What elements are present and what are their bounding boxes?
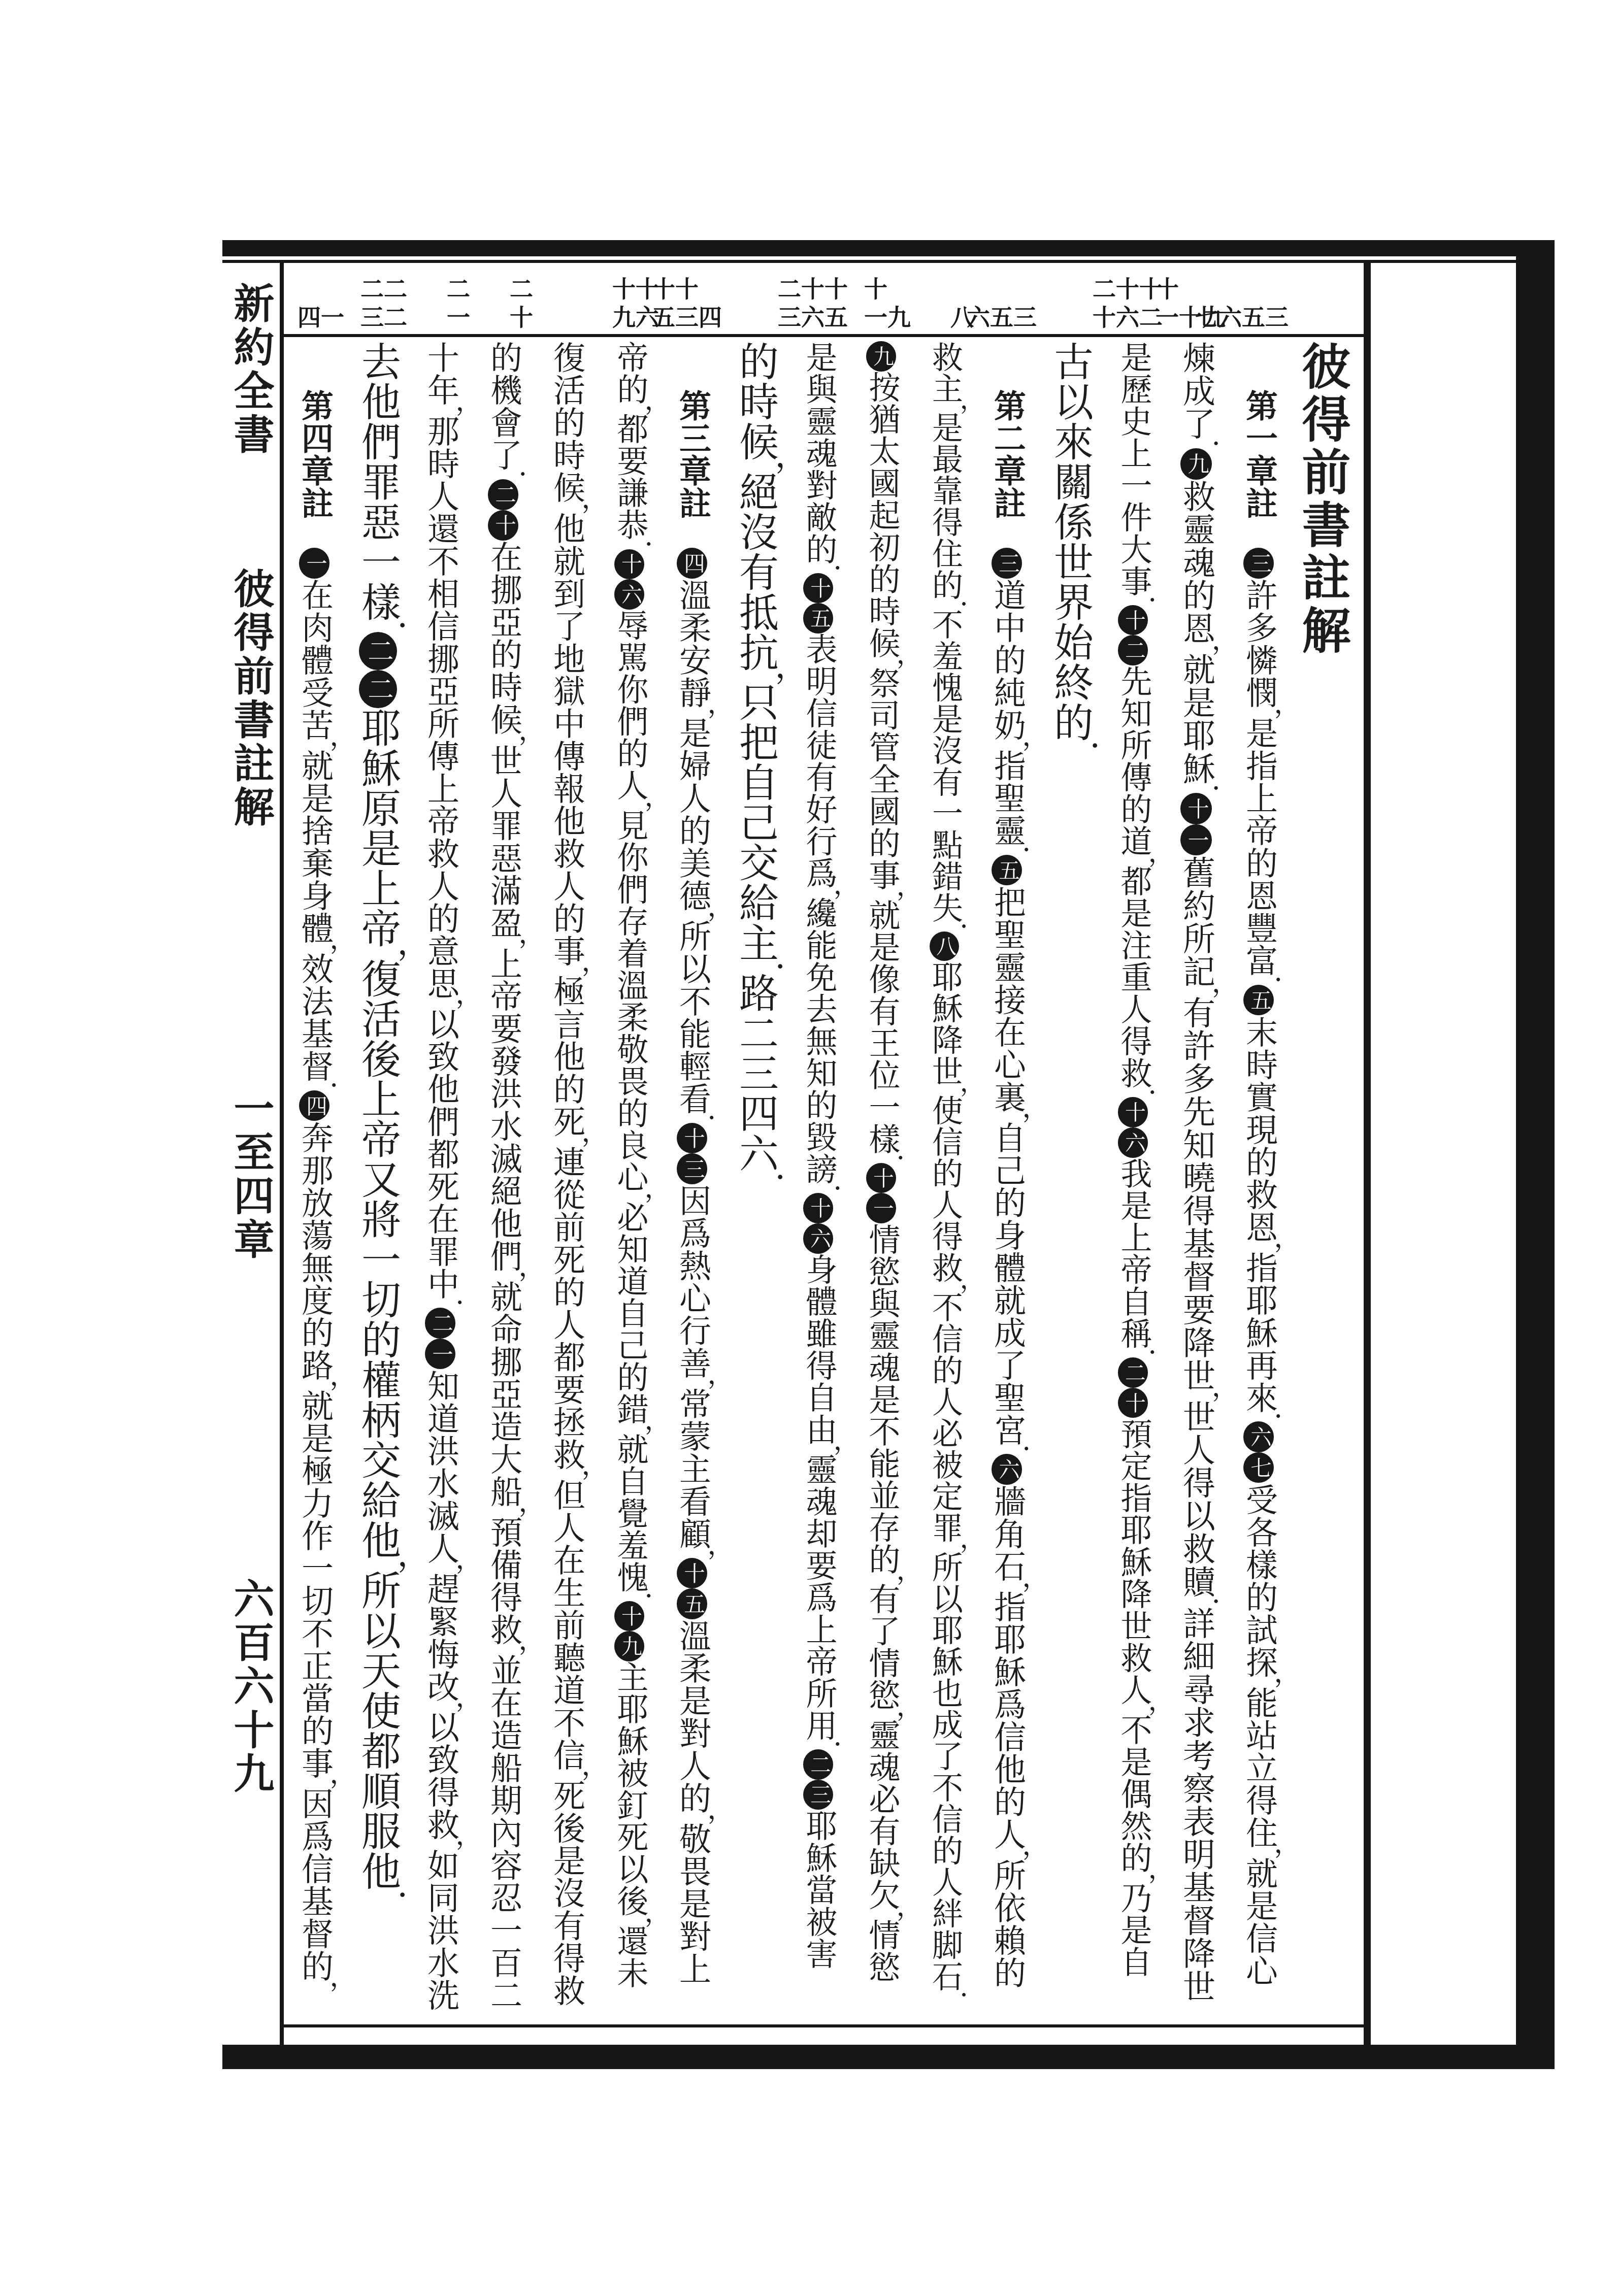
punctuation: ，: [875, 658, 904, 666]
circled-verse-number: 二: [488, 479, 518, 510]
punctuation: ．: [370, 620, 407, 630]
circled-verse-number: 二: [1118, 1357, 1148, 1388]
punctuation: ．: [1127, 596, 1156, 604]
punctuation: ．: [747, 961, 784, 972]
punctuation: ．: [1189, 784, 1219, 792]
punctuation: ，: [559, 1469, 590, 1477]
circled-verse-number: 一: [1180, 824, 1211, 855]
circled-verse-number: 十: [1180, 793, 1211, 824]
punctuation: ，: [1252, 1847, 1282, 1855]
verse-number-label: 十六: [801, 271, 824, 332]
verse-number-label: 五: [990, 271, 1013, 332]
punctuation: ，: [623, 1424, 652, 1432]
verse-number-group-col-2: 九十十一: [1156, 271, 1226, 332]
circled-verse-number: 五: [992, 855, 1022, 885]
punctuation: ．: [1127, 1088, 1156, 1096]
punctuation: ．: [938, 600, 967, 608]
verse-number-group-col-5: 三五六: [967, 271, 1037, 332]
text-column-1: 第一章註三許多憐憫，是指上帝的恩豐富．五末時實現的救恩，指耶穌再來．六七受各樣的…: [1228, 341, 1291, 2032]
punctuation: ，: [559, 1136, 590, 1144]
verse-number-label: 十六: [636, 271, 659, 332]
box-right-border: [1364, 260, 1371, 2047]
verse-number-group-col-13: 二十: [510, 271, 533, 332]
circled-verse-number: 二: [359, 632, 397, 670]
circled-verse-number: 十: [677, 1123, 707, 1153]
circled-verse-number: 五: [803, 603, 834, 634]
punctuation: ．: [812, 1184, 841, 1192]
punctuation: ，: [370, 1559, 407, 1569]
verse-number-label: 八: [950, 271, 974, 332]
verse-number-label: 九: [887, 271, 911, 332]
text-column-6: 救主，是最靠得住的．不羞愧是沒有一點錯失．八耶穌降世，使信的人得救，不信的人必被…: [913, 341, 976, 2032]
spacer: [1007, 341, 1008, 389]
verse-number-label: 二二: [384, 271, 407, 332]
text-column-11: 帝的，都要謙恭．十六辱駡你們的人，見你們存着溫柔敬畏的良心，必知道自己的錯，就自…: [598, 341, 661, 2032]
spacer: [692, 519, 693, 548]
punctuation: ，: [1127, 856, 1156, 864]
text-column-16: 第四章註一在肉體受苦，就是捨棄身體，效法基督．四奔那放蕩無度的路，就是極力作一切…: [283, 341, 346, 2032]
verse-number-label: 十六: [1116, 271, 1139, 332]
circled-verse-number: 二: [359, 670, 397, 708]
chapter-heading: 第二章註: [989, 389, 1025, 519]
punctuation: ，: [434, 998, 464, 1006]
circled-verse-number: 十: [1118, 1097, 1148, 1127]
verse-number-label: 二十: [1093, 271, 1116, 332]
circled-verse-number: 十: [614, 1601, 645, 1632]
page-scan: 三五六七九十十一十二十六二十三五六八九十一十五十六二三四十三十五十六十九二十二一…: [0, 0, 1617, 2296]
punctuation: ，: [685, 708, 716, 716]
circled-verse-number: 三: [803, 1780, 834, 1810]
margin-section-title: 彼得前書註解: [226, 568, 273, 829]
verse-number-label: 十一: [864, 271, 887, 332]
verse-number-label: 二十: [510, 271, 533, 332]
punctuation: ．: [1189, 439, 1219, 447]
punctuation: ．: [938, 1991, 967, 1999]
circled-verse-number: 六: [992, 1454, 1022, 1484]
circled-verse-number: 十: [488, 510, 518, 541]
punctuation: ，: [497, 1644, 527, 1652]
punctuation: ．: [434, 1299, 464, 1307]
text-column-10: 第三章註四溫柔安靜，是婦人的美德，所以不能輕看．十三因爲熱心行善，常蒙主看顧，十…: [661, 341, 724, 2032]
punctuation: ，: [1000, 1581, 1031, 1589]
spacer: [315, 519, 315, 548]
punctuation: ，: [1000, 1112, 1031, 1120]
spacer: [1007, 519, 1008, 548]
spacer: [1259, 341, 1260, 389]
punctuation: ．: [1062, 741, 1099, 751]
circled-verse-number: 九: [614, 1631, 645, 1661]
punctuation: ，: [1000, 740, 1031, 748]
circled-verse-number: 二: [1118, 635, 1148, 665]
verse-number-label: 十: [1179, 271, 1202, 332]
punctuation: ，: [1252, 708, 1282, 716]
text-column-9: 的時候，絕沒有抵抗，只把自己交給主．路二三四六．: [724, 341, 787, 2032]
circled-verse-number: 六: [614, 579, 645, 610]
verse-number-label: 二一: [447, 271, 470, 332]
verse-number-group-col-14: 二一: [447, 271, 470, 332]
punctuation: ．: [308, 1081, 338, 1089]
text-column-13: 的機會了．二十在挪亞的時候，世人罪惡滿盈，上帝要發洪水滅絕他們，就命挪亞造大船，…: [472, 341, 535, 2032]
circled-verse-number: 二: [425, 1308, 455, 1338]
circled-verse-number: 一: [425, 1339, 455, 1369]
verse-number-label: 四: [699, 271, 722, 332]
punctuation: ，: [559, 966, 590, 974]
punctuation: ，: [1127, 1873, 1156, 1881]
verse-number-label: 一: [321, 271, 344, 332]
circled-verse-number: 一: [299, 548, 329, 578]
punctuation: ，: [875, 1910, 904, 1918]
inner-top-border: [222, 260, 1517, 263]
circled-verse-number: 五: [1243, 985, 1274, 1015]
verse-number-label: 三: [1265, 271, 1289, 332]
punctuation: ．: [747, 1172, 784, 1182]
verse-number-group-col-16: 一四: [298, 271, 344, 332]
punctuation: ．: [623, 540, 652, 548]
punctuation: ．: [812, 1740, 841, 1748]
verse-number-label: 二三: [778, 271, 801, 332]
circled-verse-number: 一: [866, 1193, 897, 1223]
text-column-15: 去他們罪惡一樣．二二耶穌原是上帝，復活後上帝又將一切的權柄交給他，所以天使都順服…: [346, 341, 409, 2032]
circled-verse-number: 四: [299, 1090, 329, 1121]
spacer: [1259, 519, 1260, 548]
text-column-12: 復活的時候，他就到了地獄中傳報他救人的事，極言他的死，連從前死的人都要拯救，但人…: [535, 341, 598, 2032]
circled-verse-number: 八: [930, 931, 960, 961]
punctuation: ，: [497, 1271, 527, 1279]
verse-number-group-col-11: 十六十九: [612, 271, 659, 332]
punctuation: ，: [1252, 1242, 1282, 1250]
punctuation: ，: [938, 1542, 967, 1550]
punctuation: ，: [938, 1283, 967, 1291]
circled-verse-number: 六: [803, 1223, 834, 1254]
text-column-14: 十年，那時人還不相信挪亞所傳上帝救人的意思，以致他們都死在罪中．二一知道洪水滅人…: [409, 341, 472, 2032]
verse-number-group-col-7: 九十一: [864, 271, 911, 332]
punctuation: ，: [747, 671, 784, 681]
verse-number-label: 九: [1202, 271, 1226, 332]
punctuation: ．: [685, 1114, 716, 1122]
punctuation: ，: [370, 947, 407, 957]
punctuation: ，: [559, 503, 590, 511]
circled-verse-number: 十: [1118, 605, 1148, 636]
punctuation: ，: [685, 911, 716, 919]
punctuation: ．: [497, 470, 527, 478]
punctuation: ，: [812, 888, 841, 896]
circled-verse-number: 六: [1118, 1127, 1148, 1158]
punctuation: ，: [623, 1192, 652, 1200]
punctuation: ．: [1000, 1445, 1031, 1453]
circled-verse-number: 十: [803, 1193, 834, 1223]
punctuation: ，: [938, 403, 967, 411]
verse-number-group-col-10: 四十三十五: [652, 271, 722, 332]
punctuation: ，: [812, 1444, 841, 1452]
punctuation: ．: [1252, 1412, 1282, 1420]
verse-number-group-col-6: 八: [950, 271, 974, 332]
circled-verse-number: 九: [1180, 448, 1211, 479]
circled-verse-number: 七: [1243, 1452, 1274, 1483]
punctuation: ，: [497, 1506, 527, 1514]
punctuation: ．: [938, 922, 967, 930]
page-number: 六百六十九: [226, 1578, 273, 1796]
punctuation: ，: [1189, 644, 1219, 652]
punctuation: ，: [308, 1380, 338, 1388]
text-column-4: 古以來關係世界始終的．: [1039, 341, 1102, 2032]
punctuation: ，: [1189, 986, 1219, 994]
circled-verse-number: 十: [866, 1163, 897, 1193]
circled-verse-number: 九: [866, 341, 897, 372]
text-column-3: 是歷史上一件大事．十二先知所傳的道，都是注重人得救．十六我是上帝自稱．二十預定指…: [1102, 341, 1165, 2032]
book-title-column: 彼得前書註解: [1291, 341, 1354, 2032]
punctuation: ．: [623, 1592, 652, 1600]
verse-number-label: 十三: [675, 271, 699, 332]
verse-number-label: 三: [1013, 271, 1037, 332]
punctuation: ．: [1127, 1348, 1156, 1356]
outer-top-border: [222, 240, 1555, 256]
punctuation: ，: [875, 890, 904, 898]
punctuation: ，: [559, 1770, 590, 1778]
punctuation: ．: [812, 564, 841, 572]
scanned-book-page: { "page": { "ink_color": "#171717", "pap…: [0, 0, 1617, 2296]
verse-number-group-col-8: 十五十六二三: [778, 271, 848, 332]
verse-number-label: 十五: [824, 271, 848, 332]
punctuation: ，: [747, 460, 784, 470]
header-separator-rule: [280, 334, 1371, 337]
text-column-2: 煉成了．九救靈魂的恩，就是耶穌．十一舊約所記，有許多先知曉得基督要降世，世人得以…: [1165, 341, 1228, 2032]
outer-bottom-border: [222, 2045, 1555, 2069]
spacer: [315, 341, 315, 389]
punctuation: ，: [685, 1549, 716, 1557]
text-column-8: 是與靈魂對敵的．十五表明信徒有好行爲，纔能免去無知的毀謗．十六身體雖得自由，靈魂…: [787, 341, 850, 2032]
punctuation: ，: [623, 1916, 652, 1924]
punctuation: ，: [308, 1778, 338, 1786]
punctuation: ，: [1000, 1849, 1031, 1857]
punctuation: ，: [685, 1378, 716, 1386]
punctuation: ，: [434, 1563, 464, 1571]
punctuation: ，: [1252, 1677, 1282, 1685]
punctuation: ，: [434, 1839, 464, 1847]
punctuation: ，: [875, 1574, 904, 1582]
text-column-7: 九按猶太國起初的時候，祭司管全國的事，就是像有王位一樣．十一情慾與靈魂是不能並存…: [850, 341, 913, 2032]
punctuation: ，: [308, 943, 338, 951]
circled-verse-number: 十: [1118, 1388, 1148, 1418]
punctuation: ，: [938, 1086, 967, 1094]
punctuation: ，: [497, 735, 527, 743]
punctuation: ，: [623, 404, 652, 412]
punctuation: ，: [1127, 1705, 1156, 1713]
margin-book-title: 新約全書: [226, 282, 273, 457]
circled-verse-number: 十: [614, 549, 645, 580]
punctuation: ，: [434, 1701, 464, 1709]
spacer: [692, 341, 693, 389]
chapter-heading: 第三章註: [675, 389, 710, 519]
punctuation: ，: [497, 938, 527, 946]
punctuation: ．: [1000, 846, 1031, 854]
circled-verse-number: 三: [992, 548, 1022, 578]
circled-verse-number: 四: [677, 548, 707, 578]
punctuation: ，: [1189, 1390, 1219, 1399]
punctuation: ，: [434, 405, 464, 413]
punctuation: ，: [308, 1981, 338, 1989]
punctuation: ，: [875, 1710, 904, 1718]
circled-verse-number: 六: [1243, 1421, 1274, 1452]
circled-verse-number: 十: [677, 1558, 707, 1588]
punctuation: ，: [685, 1813, 716, 1821]
right-gutter-band: [1516, 240, 1555, 2069]
punctuation: ．: [875, 1154, 904, 1162]
punctuation: ，: [308, 740, 338, 748]
verse-number-label: 五: [1242, 271, 1265, 332]
text-column-5: 第二章註三道中的純奶，指聖靈．五把聖靈接在心裏，自己的身體就成了聖宮．六牆角石，…: [976, 341, 1039, 2032]
circled-verse-number: 三: [1243, 548, 1274, 578]
verse-number-group-col-3: 十二十六二十: [1093, 271, 1163, 332]
chapter-heading: 第一章註: [1241, 389, 1277, 519]
verse-number-label: 二三: [360, 271, 384, 332]
verse-number-label: 四: [298, 271, 321, 332]
punctuation: ．: [1189, 1597, 1219, 1605]
chapter-heading: 第四章註: [297, 389, 333, 519]
circled-verse-number: 三: [677, 1153, 707, 1184]
circled-verse-number: 二: [803, 1749, 834, 1780]
circled-verse-number: 五: [677, 1588, 707, 1619]
circled-verse-number: 十: [803, 573, 834, 604]
verse-number-label: 十九: [612, 271, 636, 332]
margin-chapter-range: 一至四章: [226, 1087, 273, 1262]
verse-number-label: 十二: [1139, 271, 1163, 332]
punctuation: ．: [1252, 976, 1282, 984]
punctuation: ．: [370, 1890, 407, 1900]
verse-number-group-col-15: 二二二三: [360, 271, 407, 332]
punctuation: ，: [623, 801, 652, 809]
